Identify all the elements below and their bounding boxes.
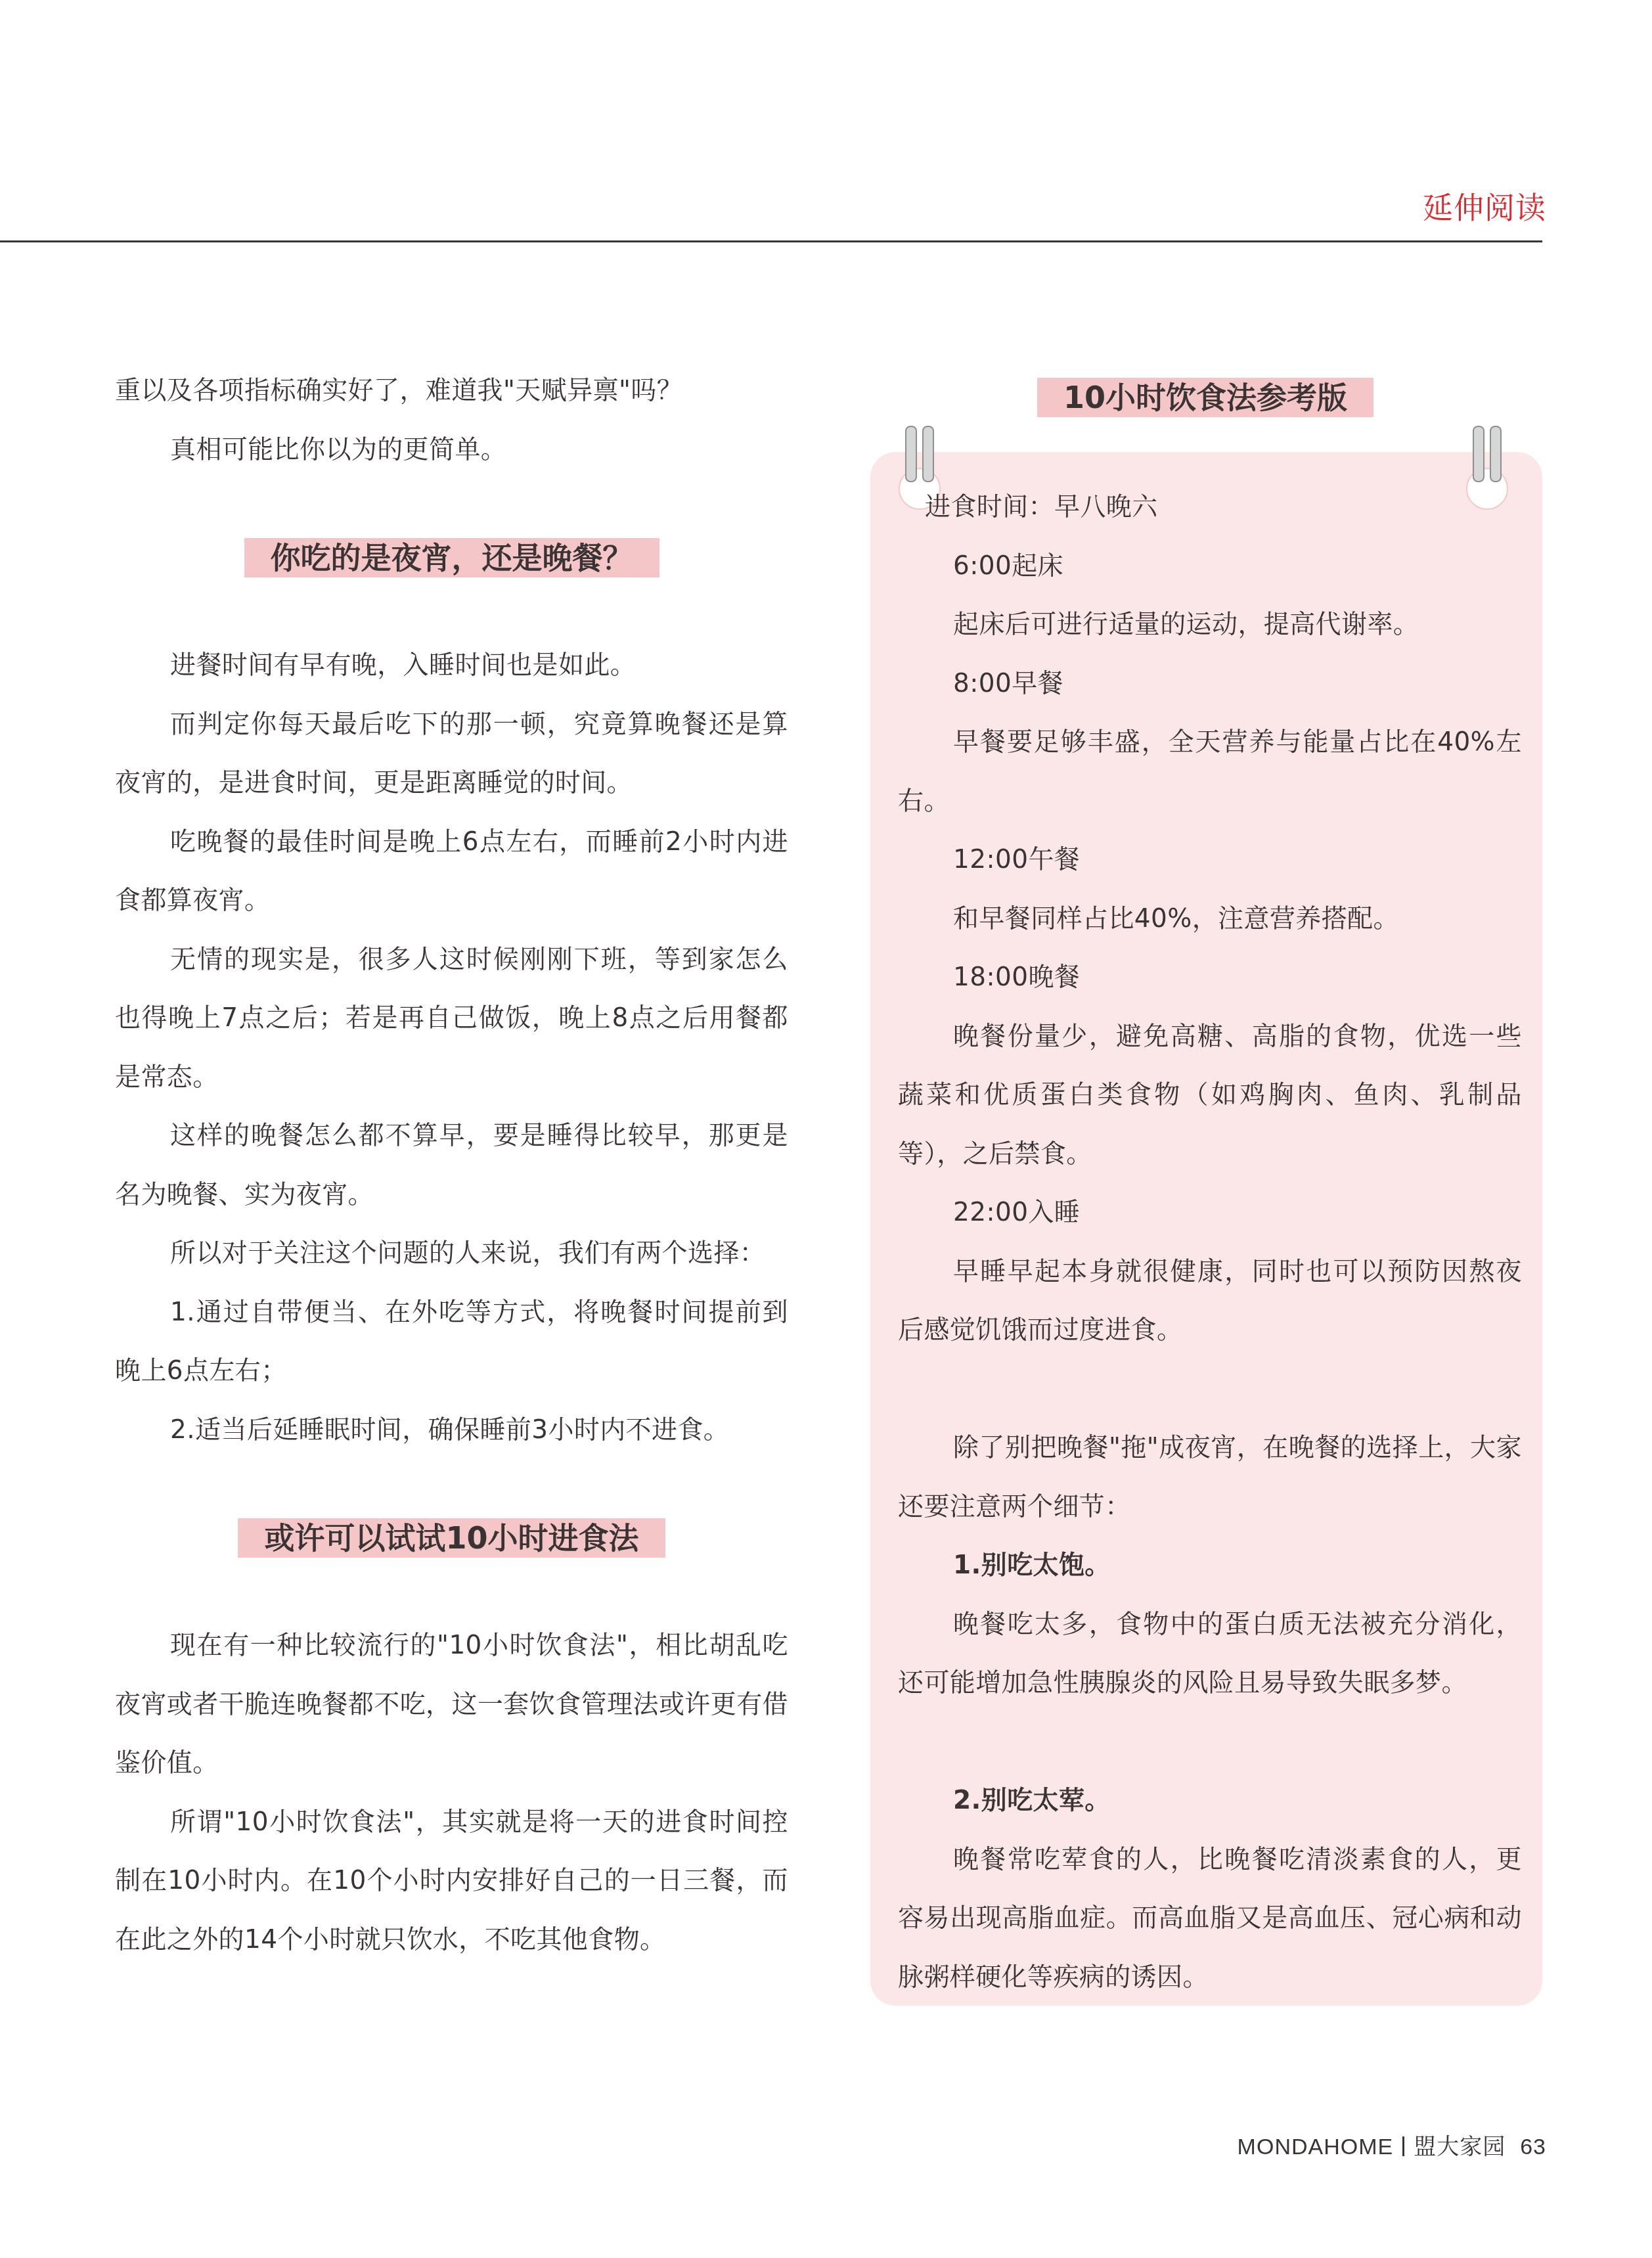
schedule-time: 6:00起床	[898, 537, 1522, 596]
intro-paragraph: 重以及各项指标确实好了，难道我"天赋异禀"吗？	[115, 361, 788, 420]
schedule-note: 起床后可进行适量的运动，提高代谢率。	[898, 595, 1522, 654]
details-intro: 除了别把晚餐"拖"成夜宵，在晚餐的选择上，大家还要注意两个细节：	[898, 1418, 1522, 1536]
body-paragraph: 所谓"10小时饮食法"，其实就是将一天的进食时间控制在10小时内。在10个小时内…	[115, 1793, 788, 1970]
schedule-time: 18:00晚餐	[898, 948, 1522, 1007]
card-title: 10小时饮食法参考版	[1037, 378, 1373, 417]
binder-clip-icon	[1473, 426, 1485, 482]
option-item: 1.通过自带便当、在外吃等方式，将晚餐时间提前到晚上6点左右；	[115, 1283, 788, 1401]
section-heading-10-hour-method: 或许可以试试10小时进食法	[238, 1518, 665, 1558]
body-paragraph: 无情的现实是，很多人这时候刚刚下班，等到家怎么也得晚上7点之后；若是再自己做饭，…	[115, 930, 788, 1107]
tip-body: 晚餐常吃荤食的人，比晚餐吃清淡素食的人，更容易出现高脂血症。而高血脂又是高血压、…	[898, 1830, 1522, 2007]
binder-clip-icon	[905, 426, 917, 482]
body-paragraph: 而判定你每天最后吃下的那一顿，究竟算晚餐还是算夜宵的，是进食时间，更是距离睡觉的…	[115, 695, 788, 813]
eating-window: 进食时间：早八晚六	[898, 478, 1522, 537]
tip-title: 1.别吃太饱。	[898, 1536, 1522, 1595]
schedule-time: 12:00午餐	[898, 830, 1522, 890]
section-heading-dinner-or-snack: 你吃的是夜宵，还是晚餐？	[244, 538, 659, 577]
body-paragraph: 现在有一种比较流行的"10小时饮食法"，相比胡乱吃夜宵或者干脆连晚餐都不吃，这一…	[115, 1616, 788, 1793]
footer-separator	[1402, 2136, 1404, 2156]
schedule-note: 早睡早起本身就很健康，同时也可以预防因熬夜后感觉饥饿而过度进食。	[898, 1242, 1522, 1360]
body-paragraph: 进餐时间有早有晚，入睡时间也是如此。	[115, 636, 788, 695]
body-paragraph: 吃晚餐的最佳时间是晚上6点左右，而睡前2小时内进食都算夜宵。	[115, 813, 788, 930]
section-label: 延伸阅读	[1423, 188, 1546, 227]
tip-title: 2.别吃太荤。	[898, 1771, 1522, 1830]
schedule-note: 早餐要足够丰盛，全天营养与能量占比在40%左右。	[898, 713, 1522, 830]
footer-brand: MONDAHOME	[1238, 2134, 1394, 2159]
option-item: 2.适当后延睡眠时间，确保睡前3小时内不进食。	[115, 1401, 788, 1460]
left-column: 重以及各项指标确实好了，难道我"天赋异禀"吗？ 真相可能比你以为的更简单。 你吃…	[115, 361, 788, 1969]
body-paragraph: 这样的晚餐怎么都不算早，要是睡得比较早，那更是名为晚餐、实为夜宵。	[115, 1106, 788, 1224]
card-content: 进食时间：早八晚六 6:00起床 起床后可进行适量的运动，提高代谢率。 8:00…	[898, 478, 1522, 2006]
tip-body: 晚餐吃太多，食物中的蛋白质无法被充分消化，还可能增加急性胰腺炎的风险且易导致失眠…	[898, 1595, 1522, 1713]
page-number: 63	[1520, 2134, 1546, 2159]
schedule-note: 晚餐份量少，避免高糖、高脂的食物，优选一些蔬菜和优质蛋白类食物（如鸡胸肉、鱼肉、…	[898, 1007, 1522, 1184]
binder-clip-icon	[922, 426, 934, 482]
footer-brand-cn: 盟大家园	[1414, 2134, 1506, 2159]
schedule-time: 8:00早餐	[898, 654, 1522, 713]
header-divider	[0, 240, 1542, 242]
page-footer: MONDAHOME盟大家园63	[1238, 2133, 1546, 2161]
binder-clip-icon	[1490, 426, 1502, 482]
intro-paragraph: 真相可能比你以为的更简单。	[115, 420, 788, 480]
schedule-time: 22:00入睡	[898, 1183, 1522, 1242]
body-paragraph: 所以对于关注这个问题的人来说，我们有两个选择：	[115, 1224, 788, 1283]
schedule-note: 和早餐同样占比40%，注意营养搭配。	[898, 890, 1522, 949]
